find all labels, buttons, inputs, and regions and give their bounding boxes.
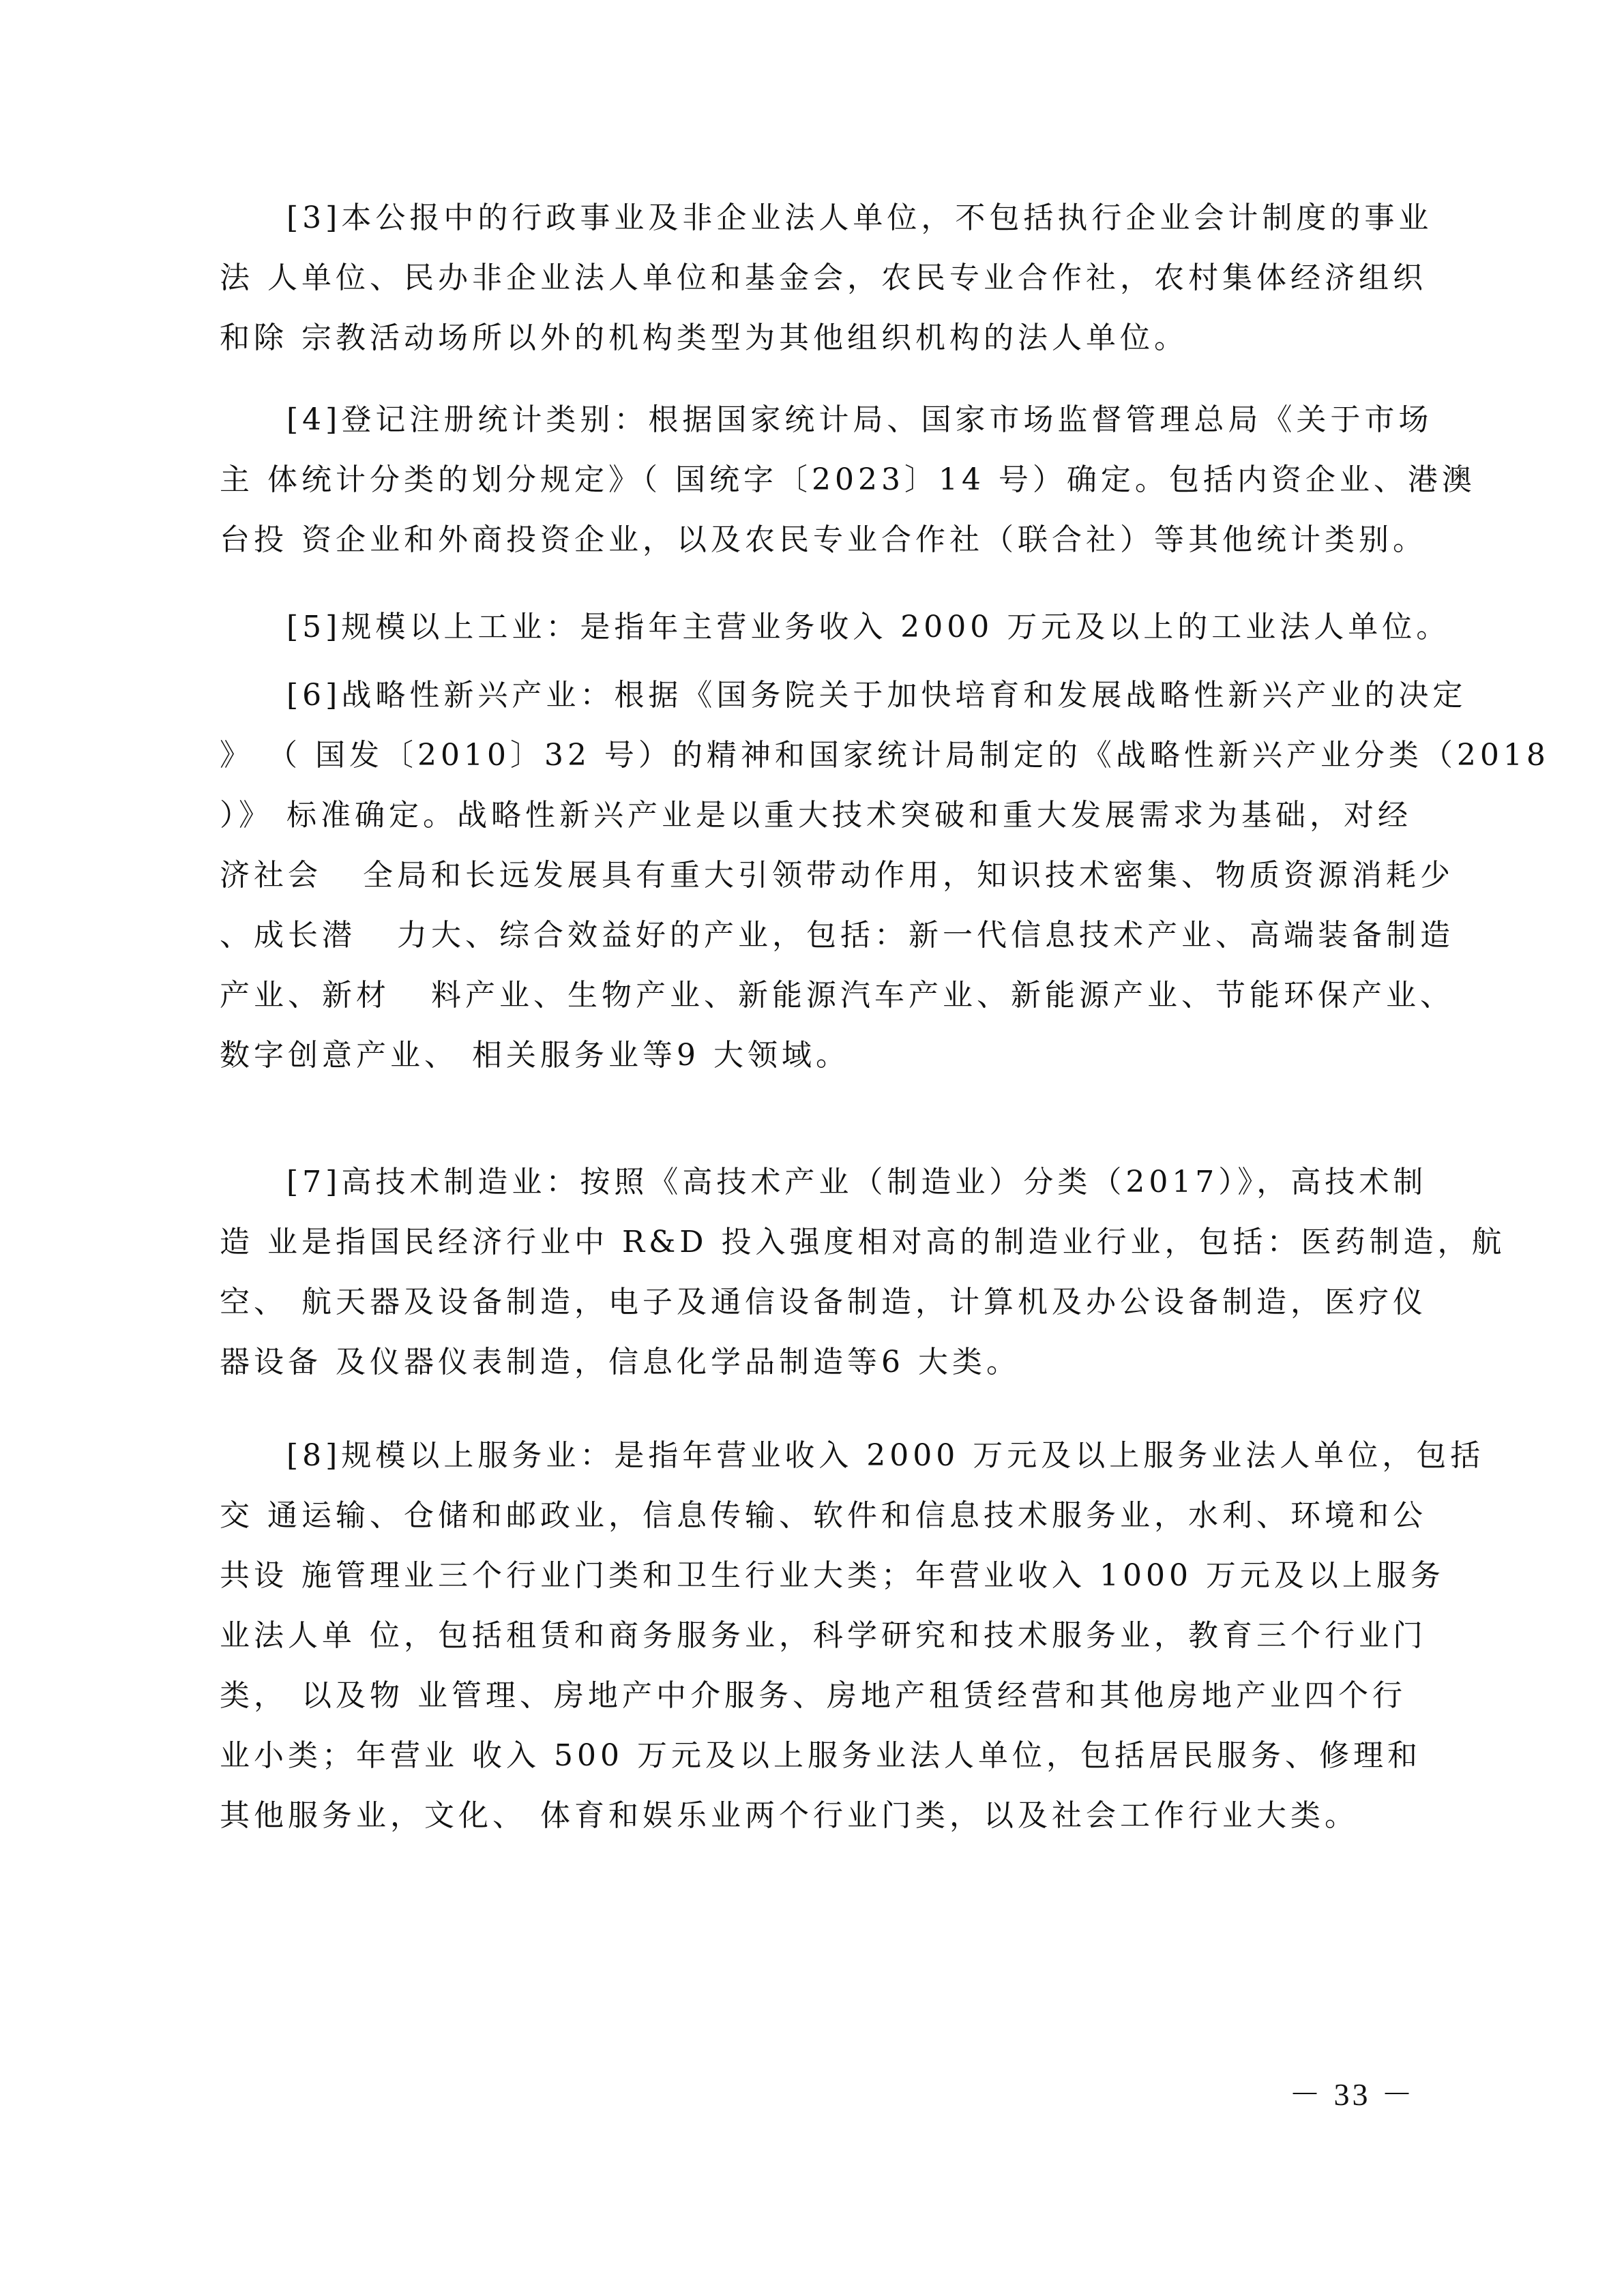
- footnote-line: 数字创意产业、 相关服务业等9 大领域。: [220, 1035, 850, 1076]
- footnote-line: 和除 宗教活动场所以外的机构类型为其他组织机构的法人单位。: [220, 318, 1188, 359]
- footnote-line: [4]登记注册统计类别：根据国家统计局、国家市场监督管理总局《关于市场: [286, 400, 1432, 441]
- footnote-line: 交 通运输、仓储和邮政业，信息传输、软件和信息技术服务业，水利、环境和公: [220, 1495, 1427, 1536]
- footnote-line: [5]规模以上工业：是指年主营业务收入 2000 万元及以上的工业法人单位。: [286, 607, 1450, 648]
- footnote-line: 器设备 及仪器仪表制造，信息化学品制造等6 大类。: [220, 1342, 1020, 1383]
- footnote-line: 其他服务业，文化、 体育和娱乐业两个行业门类，以及社会工作行业大类。: [220, 1795, 1359, 1836]
- footnote-line: 》 （ 国发〔2010〕32 号）的精神和国家统计局制定的《战略性新兴产业分类（…: [220, 735, 1550, 776]
- footnote-line: 类， 以及物 业管理、房地产中介服务、房地产租赁经营和其他房地产业四个行: [220, 1675, 1406, 1716]
- footnote-line: 主 体统计分类的划分规定》（ 国统字〔2023〕14 号）确定。包括内资企业、港…: [220, 460, 1476, 501]
- footnote-line: 、成长潜 力大、综合效益好的产业，包括：新一代信息技术产业、高端装备制造: [220, 915, 1454, 956]
- footnote-line: 济社会 全局和长远发展具有重大引领带动作用，知识技术密集、物质资源消耗少: [220, 855, 1454, 896]
- footnote-line: [6]战略性新兴产业：根据《国务院关于加快培育和发展战略性新兴产业的决定: [286, 675, 1466, 716]
- footnote-line: 台投 资企业和外商投资企业，以及农民专业合作社（联合社）等其他统计类别。: [220, 520, 1427, 561]
- document-page: [3]本公报中的行政事业及非企业法人单位，不包括执行企业会计制度的事业 法 人单…: [0, 0, 1624, 2296]
- footnote-line: [7]高技术制造业：按照《高技术产业（制造业）分类（2017）》，高技术制: [286, 1162, 1427, 1203]
- footnote-line: [3]本公报中的行政事业及非企业法人单位，不包括执行企业会计制度的事业: [286, 198, 1432, 239]
- footnote-line: 法 人单位、民办非企业法人单位和基金会，农民专业合作社，农村集体经济组织: [220, 258, 1427, 299]
- footnote-line: [8]规模以上服务业：是指年营业收入 2000 万元及以上服务业法人单位，包括: [286, 1435, 1484, 1476]
- footnote-line: 造 业是指国民经济行业中 R&D 投入强度相对高的制造业行业，包括：医药制造，航: [220, 1222, 1506, 1263]
- footnote-line: 产业、新材 料产业、生物产业、新能源汽车产业、新能源产业、节能环保产业、: [220, 975, 1454, 1016]
- footnote-line: 共设 施管理业三个行业门类和卫生行业大类；年营业收入 1000 万元及以上服务: [220, 1555, 1445, 1596]
- page-number: － 33 －: [1289, 2070, 1415, 2115]
- footnote-line: 业小类；年营业 收入 500 万元及以上服务业法人单位，包括居民服务、修理和: [220, 1735, 1421, 1776]
- footnote-line: ）》 标准确定。战略性新兴产业是以重大技术突破和重大发展需求为基础，对经: [220, 795, 1412, 836]
- footnote-line: 空、 航天器及设备制造，电子及通信设备制造，计算机及办公设备制造，医疗仪: [220, 1282, 1427, 1323]
- footnote-line: 业法人单 位，包括租赁和商务服务业，科学研究和技术服务业，教育三个行业门: [220, 1615, 1427, 1656]
